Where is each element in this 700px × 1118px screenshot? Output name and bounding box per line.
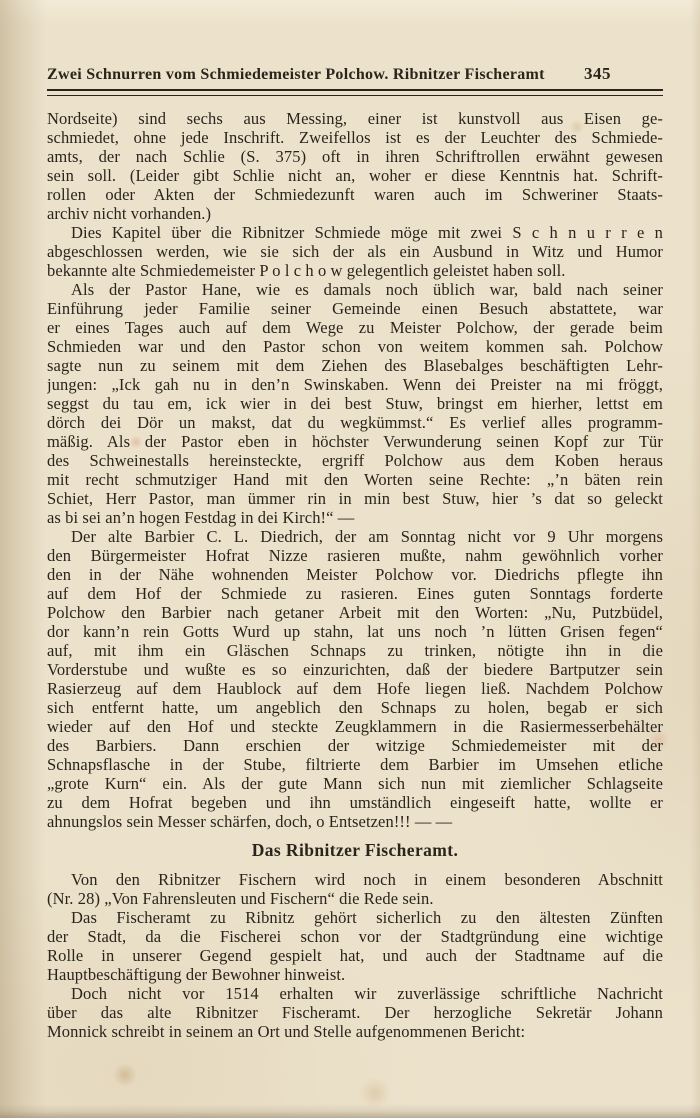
paragraph: Das Fischeramt zu Ribnitz gehört sicherl…: [47, 908, 663, 984]
text-line: archiv nicht vorhanden.): [47, 204, 663, 223]
text-line: Schmieden war und den Pastor schon von w…: [47, 337, 663, 356]
text-line: Doch nicht vor 1514 erhalten wir zuverlä…: [47, 984, 663, 1003]
paper-stain: [112, 1064, 138, 1086]
text-line: Hauptbeschäftigung der Bewohner hinweist…: [47, 965, 663, 984]
text-line: wieder auf den Hof und steckte Zeugklamm…: [47, 717, 663, 736]
text-line: sagte nun zu seinem mit dem Ziehen des B…: [47, 356, 663, 375]
text-line: Von den Ribnitzer Fischern wird noch in …: [47, 870, 663, 889]
text-line: Nordseite) sind sechs aus Messing, einer…: [47, 109, 663, 128]
text-line: Schiet, Herr Pastor, man ümmer rin in mi…: [47, 489, 663, 508]
text-line: Einführung jeder Familie seiner Gemeinde…: [47, 299, 663, 318]
text-line: den in der Nähe wohnenden Meister Polcho…: [47, 565, 663, 584]
text-line: abgeschlossen werden, wie sie sich der a…: [47, 242, 663, 261]
text-line: amts, der nach Schlie (S. 375) oft in ih…: [47, 147, 663, 166]
page-content: Zwei Schnurren vom Schmiedemeister Polch…: [47, 64, 663, 1041]
text-line: mit recht schmutziger Hand mit den Worte…: [47, 470, 663, 489]
text-line: über das alte Ribnitzer Fischeramt. Der …: [47, 1003, 663, 1022]
text-line: Dies Kapitel über die Ribnitzer Schmiede…: [47, 223, 663, 242]
text-line: „grote Kurn“ ein. Als der gute Mann sich…: [47, 774, 663, 793]
paragraph: Doch nicht vor 1514 erhalten wir zuverlä…: [47, 984, 663, 1041]
page-body: Nordseite) sind sechs aus Messing, einer…: [47, 109, 663, 1041]
header-rule: [47, 89, 663, 96]
text-line: zu dem Hofrat begeben und ihn umständlic…: [47, 793, 663, 812]
text-line: Rasierzeug auf dem Haublock auf dem Hofe…: [47, 679, 663, 698]
text-line: Schnapsflasche in der Stube, filtrierte …: [47, 755, 663, 774]
text-line: der Stadt, da die Fischerei schon vor de…: [47, 927, 663, 946]
text-line: Rolle in unserer Gegend gespielt hat, un…: [47, 946, 663, 965]
text-line: sich entfernt hatte, um angeblich den Sc…: [47, 698, 663, 717]
text-line: ahnungslos sein Messer schärfen, doch, o…: [47, 812, 663, 831]
text-line: (Nr. 28) „Von Fahrensleuten und Fischern…: [47, 889, 663, 908]
text-line: as bi sei an’n hogen Festdag in dei Kirc…: [47, 508, 663, 527]
text-line: sein soll. (Leider gibt Schlie nicht an,…: [47, 166, 663, 185]
text-line: des Schweinestalls hereinsteckte, ergrif…: [47, 451, 663, 470]
text-line: Monnick schreibt in seinem an Ort und St…: [47, 1022, 663, 1041]
text-line: Polchow den Barbier nach getaner Arbeit …: [47, 603, 663, 622]
text-line: den Bürgermeister Hofrat Nizze rasieren …: [47, 546, 663, 565]
text-line: schmiedet, ohne jede Inschrift. Zweifell…: [47, 128, 663, 147]
text-line: jungen: „Ick gah nu in den’n Swinskaben.…: [47, 375, 663, 394]
text-line: dörch dei Dör un makst, dat du wegkümmst…: [47, 413, 663, 432]
text-line: Der alte Barbier C. L. Diedrich, der am …: [47, 527, 663, 546]
scanned-book-page: Zwei Schnurren vom Schmiedemeister Polch…: [0, 0, 700, 1118]
text-line: dor kann’n rein Gotts Wurd up stahn, lat…: [47, 622, 663, 641]
page-number: 345: [584, 64, 611, 84]
paper-stain: [358, 1078, 392, 1108]
text-line: er eines Tages auch auf dem Wege zu Meis…: [47, 318, 663, 337]
text-line: mäßig. Als der Pastor eben in höchster V…: [47, 432, 663, 451]
section-heading: Das Ribnitzer Fischeramt.: [47, 840, 663, 860]
paragraph: Nordseite) sind sechs aus Messing, einer…: [47, 109, 663, 223]
text-line: auf, mit ihm ein Gläschen Schnaps zu tri…: [47, 641, 663, 660]
paragraph: Von den Ribnitzer Fischern wird noch in …: [47, 870, 663, 908]
running-header: Zwei Schnurren vom Schmiedemeister Polch…: [47, 64, 663, 84]
running-header-title: Zwei Schnurren vom Schmiedemeister Polch…: [47, 66, 545, 84]
text-line: auf dem Hof der Schmiede zu rasieren. Ei…: [47, 584, 663, 603]
text-line: bekannte alte Schmiedemeister P o l c h …: [47, 261, 663, 280]
text-line: rollen oder Akten der Schmiedezunft ware…: [47, 185, 663, 204]
text-line: Als der Pastor Hane, wie es damals noch …: [47, 280, 663, 299]
text-line: des Barbiers. Dann erschien der witzige …: [47, 736, 663, 755]
text-line: Vorderstube und wußte es so einzurichten…: [47, 660, 663, 679]
paragraph: Dies Kapitel über die Ribnitzer Schmiede…: [47, 223, 663, 280]
text-line: Das Fischeramt zu Ribnitz gehört sicherl…: [47, 908, 663, 927]
paragraph: Der alte Barbier C. L. Diedrich, der am …: [47, 527, 663, 831]
text-line: seggst du tau em, ick wier in dei best S…: [47, 394, 663, 413]
paragraph: Als der Pastor Hane, wie es damals noch …: [47, 280, 663, 527]
